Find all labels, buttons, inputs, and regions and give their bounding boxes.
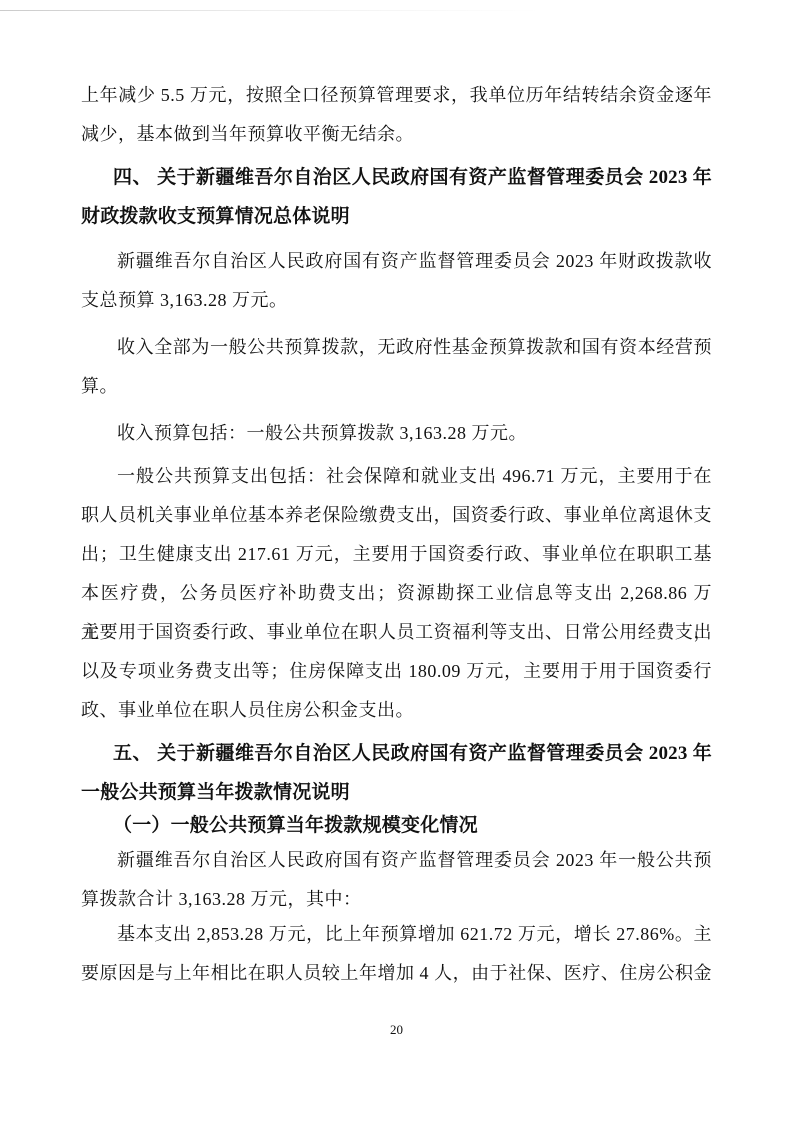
text-line: 支总预算 3,163.28 万元。 — [81, 281, 712, 320]
text-line: 政、事业单位在职人员住房公积金支出。 — [81, 691, 712, 730]
text-line: 五、 关于新疆维吾尔自治区人民政府国有资产监督管理委员会 2023 年 — [81, 734, 712, 773]
text-line: 算。 — [81, 367, 712, 406]
text-line: 出；卫生健康支出 217.61 万元，主要用于国资委行政、事业单位在职职工基 — [81, 535, 712, 574]
text-line: 收入预算包括：一般公共预算拨款 3,163.28 万元。 — [81, 414, 712, 453]
heading-section-5: 五、 关于新疆维吾尔自治区人民政府国有资产监督管理委员会 2023 年一般公共预… — [81, 734, 712, 812]
paragraph-basic-expenditure: 基本支出 2,853.28 万元，比上年预算增加 621.72 万元，增长 27… — [81, 915, 712, 993]
text-line: 四、 关于新疆维吾尔自治区人民政府国有资产监督管理委员会 2023 年 — [81, 158, 712, 197]
document-page: 上年减少 5.5 万元，按照全口径预算管理要求，我单位历年结转结余资金逐年减少，… — [0, 0, 793, 1122]
page-number: 20 — [0, 1022, 793, 1038]
paragraph-total-budget: 新疆维吾尔自治区人民政府国有资产监督管理委员会 2023 年财政拨款收支总预算 … — [81, 242, 712, 320]
text-line: 新疆维吾尔自治区人民政府国有资产监督管理委员会 2023 年财政拨款收 — [81, 242, 712, 281]
text-line: 主要用于国资委行政、事业单位在职人员工资福利等支出、日常公用经费支出 — [81, 613, 712, 652]
heading-section-4: 四、 关于新疆维吾尔自治区人民政府国有资产监督管理委员会 2023 年财政拨款收… — [81, 158, 712, 236]
text-line: 财政拨款收支预算情况总体说明 — [81, 197, 712, 236]
paragraph-appropriation-total: 新疆维吾尔自治区人民政府国有资产监督管理委员会 2023 年一般公共预算拨款合计… — [81, 841, 712, 919]
paragraph-carryover-balance: 上年减少 5.5 万元，按照全口径预算管理要求，我单位历年结转结余资金逐年减少，… — [81, 76, 712, 154]
text-body: 上年减少 5.5 万元，按照全口径预算管理要求，我单位历年结转结余资金逐年减少，… — [81, 76, 712, 993]
heading-subsection-5-1: （一）一般公共预算当年拨款规模变化情况 — [81, 806, 712, 845]
paragraph-income-source: 收入全部为一般公共预算拨款，无政府性基金预算拨款和国有资本经营预算。 — [81, 328, 712, 406]
paragraph-expenditure-breakdown: 一般公共预算支出包括：社会保障和就业支出 496.71 万元，主要用于在职人员机… — [81, 457, 712, 730]
text-line: 以及专项业务费支出等；住房保障支出 180.09 万元，主要用于用于国资委行 — [81, 652, 712, 691]
text-line: 算拨款合计 3,163.28 万元，其中： — [81, 880, 712, 919]
text-line: 上年减少 5.5 万元，按照全口径预算管理要求，我单位历年结转结余资金逐年 — [81, 76, 712, 115]
text-line: 本医疗费，公务员医疗补助费支出；资源勘探工业信息等支出 2,268.86 万元， — [81, 574, 712, 613]
paragraph-income-budget: 收入预算包括：一般公共预算拨款 3,163.28 万元。 — [81, 414, 712, 453]
text-line: 职人员机关事业单位基本养老保险缴费支出，国资委行政、事业单位离退休支 — [81, 496, 712, 535]
text-line: 新疆维吾尔自治区人民政府国有资产监督管理委员会 2023 年一般公共预 — [81, 841, 712, 880]
scan-artifact-line — [0, 10, 540, 11]
text-line: 基本支出 2,853.28 万元，比上年预算增加 621.72 万元，增长 27… — [81, 915, 712, 954]
text-line: 一般公共预算支出包括：社会保障和就业支出 496.71 万元，主要用于在 — [81, 457, 712, 496]
text-line: 减少，基本做到当年预算收平衡无结余。 — [81, 115, 712, 154]
text-line: 收入全部为一般公共预算拨款，无政府性基金预算拨款和国有资本经营预 — [81, 328, 712, 367]
text-line: 要原因是与上年相比在职人员较上年增加 4 人，由于社保、医疗、住房公积金 — [81, 954, 712, 993]
text-line: （一）一般公共预算当年拨款规模变化情况 — [81, 806, 712, 845]
